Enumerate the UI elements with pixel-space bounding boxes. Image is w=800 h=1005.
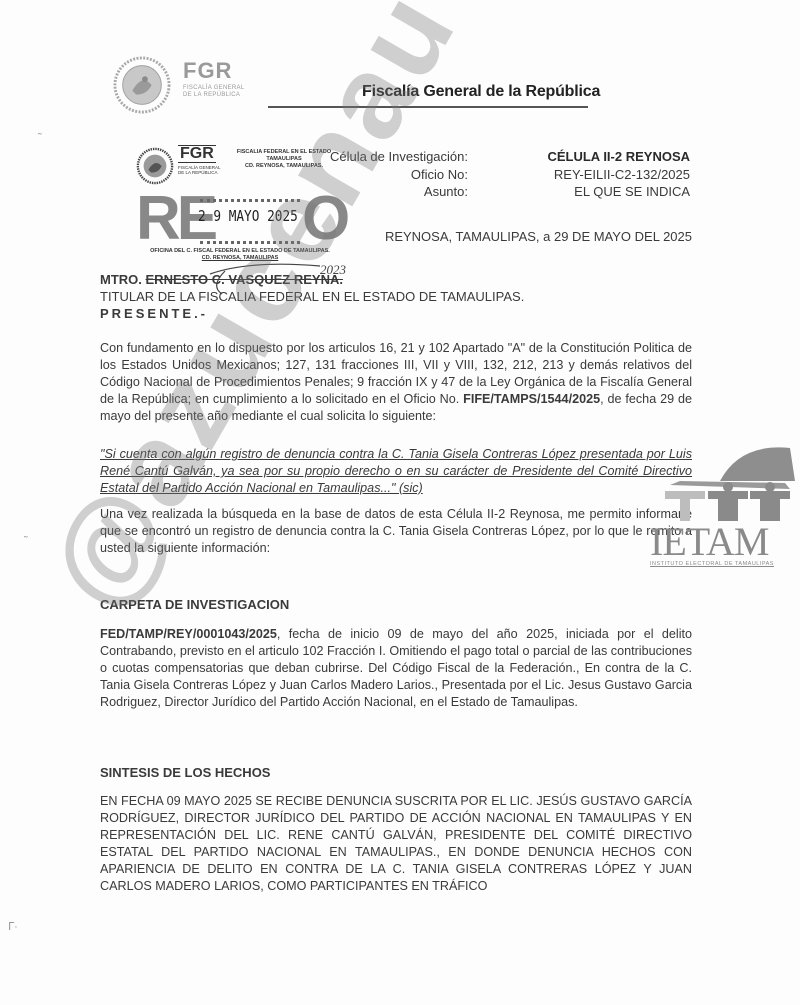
ietam-emblem-icon: [650, 443, 800, 523]
stamp-dotted-line: [200, 241, 300, 248]
paragraph-sintesis: EN FECHA 09 MAYO 2025 SE RECIBE DENUNCIA…: [100, 793, 692, 895]
stamp-fgr-logo: FGR FISCALÍA GENERAL DE LA REPÚBLICA: [178, 145, 226, 175]
ietam-subtitle: INSTITUTO ELECTORAL DE TAMAULIPAS: [650, 561, 774, 567]
asunto-value: EL QUE SE INDICA: [480, 183, 690, 201]
section-title-sintesis: SINTESIS DE LOS HECHOS: [100, 765, 270, 780]
margin-mark: ˜: [24, 535, 28, 547]
ietam-letters: IETAM: [650, 518, 768, 565]
addressee-name-text: ERNESTO C. VASQUEZ REYNA.: [146, 272, 343, 287]
cell-value: CÉLULA II-2 REYNOSA: [480, 148, 690, 166]
stamp-dotted-line: [200, 199, 300, 206]
label-cell: Célula de Investigación:: [313, 148, 468, 166]
oficio-value: REY-EILII-C2-132/2025: [480, 166, 690, 184]
page-title: Fiscalía General de la República: [362, 83, 600, 101]
mexico-coat-of-arms-icon: [113, 56, 171, 114]
section-title-carpeta: CARPETA DE INVESTIGACION: [100, 597, 289, 612]
p1-oficio-ref: FIFE/TAMPS/1544/2025: [463, 392, 600, 406]
stamp-fgr-mark: FGR: [178, 145, 216, 163]
margin-mark: ˜: [38, 132, 42, 144]
reference-values: CÉLULA II-2 REYNOSA REY-EILII-C2-132/202…: [480, 148, 690, 201]
addressee-title: TITULAR DE LA FISCALIA FEDERAL EN EL EST…: [100, 288, 524, 305]
paragraph-legal-basis: Con fundamento en lo dispuesto por los a…: [100, 340, 692, 425]
fgr-subtitle: FISCALÍA GENERAL DE LA REPÚBLICA: [183, 85, 253, 99]
margin-mark: ᒥ·: [8, 920, 18, 933]
document-page: FGR FISCALÍA GENERAL DE LA REPÚBLICA Fis…: [0, 0, 800, 1005]
ietam-logo: IETAM INSTITUTO ELECTORAL DE TAMAULIPAS: [650, 443, 800, 573]
stamp-footer-line: OFICINA DEL C. FISCAL FEDERAL EN EL ESTA…: [130, 248, 350, 255]
reference-labels: Célula de Investigación: Oficio No: Asun…: [313, 148, 468, 201]
label-oficio: Oficio No:: [313, 166, 468, 184]
addressee-block: MTRO. ERNESTO C. VASQUEZ REYNA. TITULAR …: [100, 271, 524, 322]
fgr-logo: FGR FISCALÍA GENERAL DE LA REPÚBLICA: [183, 60, 263, 99]
stamp-date: 2 9 MAYO 2025: [198, 207, 298, 225]
addressee-greeting: PRESENTE.-: [100, 305, 524, 322]
addressee-prefix: MTRO.: [100, 272, 142, 287]
header-divider: [268, 106, 588, 108]
label-asunto: Asunto:: [313, 183, 468, 201]
carpeta-ref: FED/TAMP/REY/0001043/2025: [100, 627, 277, 641]
stamp-seal-icon: [136, 147, 174, 185]
addressee-name: MTRO. ERNESTO C. VASQUEZ REYNA.: [100, 271, 524, 288]
paragraph-carpeta: FED/TAMP/REY/0001043/2025, fecha de inic…: [100, 626, 692, 711]
place-date: REYNOSA, TAMAULIPAS, a 29 DE MAYO DEL 20…: [360, 229, 692, 244]
fgr-mark: FGR: [183, 60, 263, 82]
paragraph-search-result: Una vez realizada la búsqueda en la base…: [100, 506, 692, 557]
quoted-request: "Si cuenta con algún registro de denunci…: [100, 446, 692, 497]
stamp-fgr-subtitle: FISCALÍA GENERAL DE LA REPÚBLICA: [178, 165, 226, 175]
